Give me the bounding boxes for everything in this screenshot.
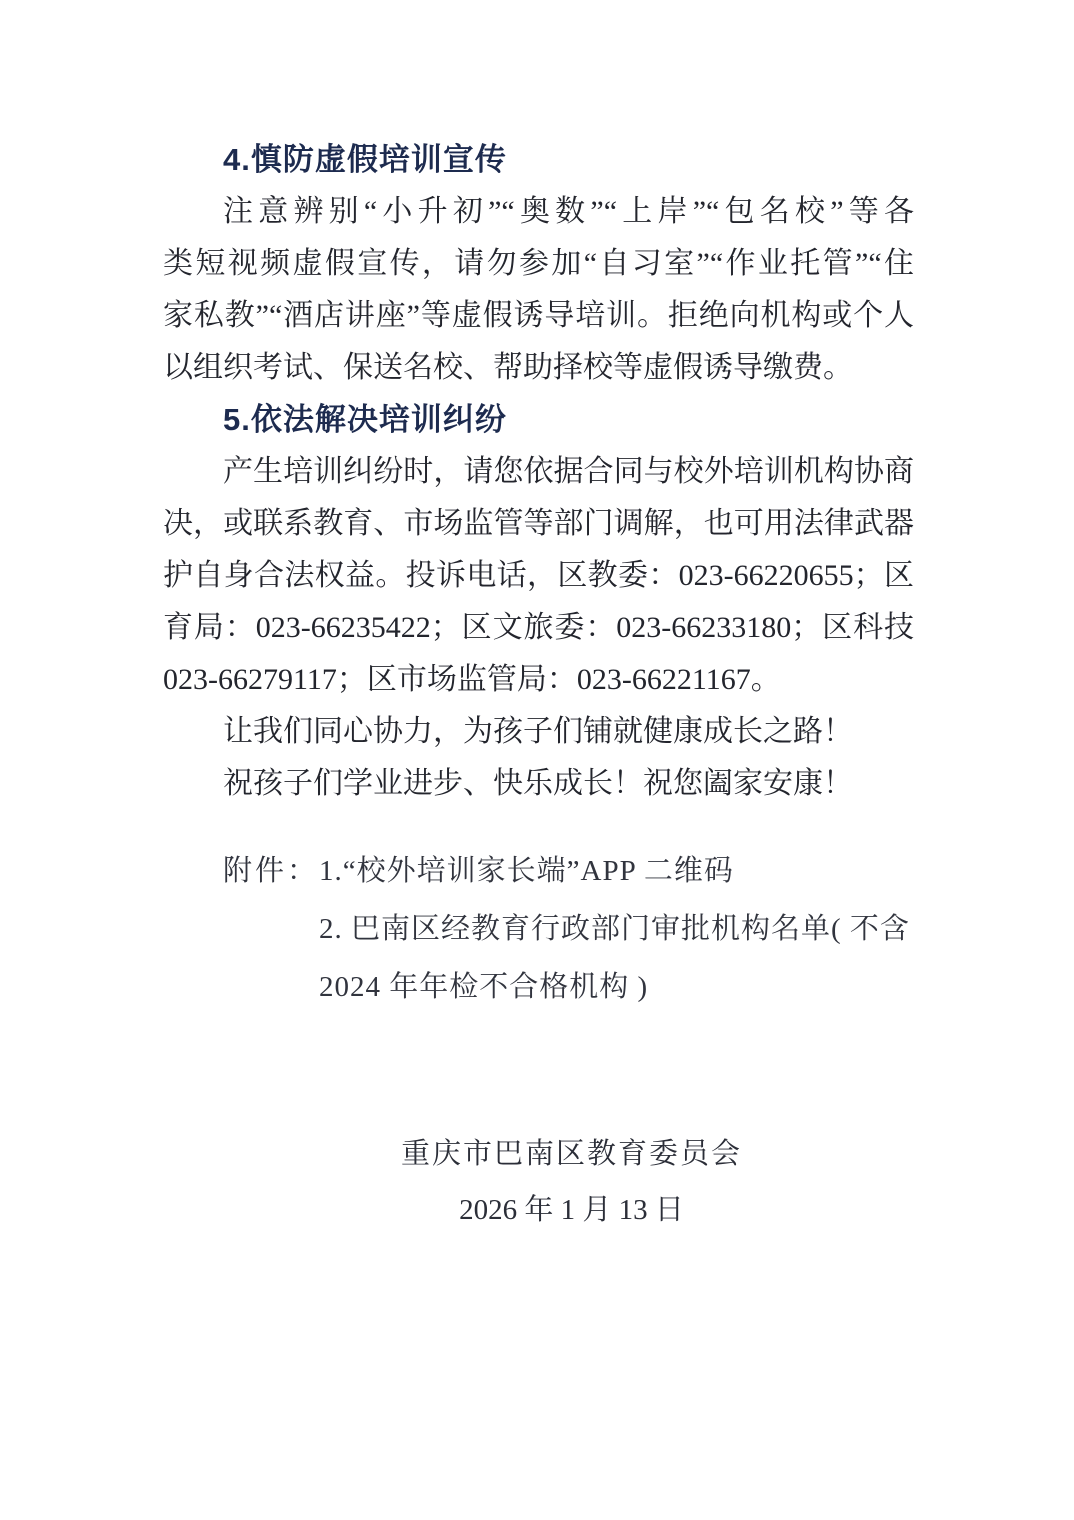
attachment-item-1: 1.“校外培训家长端”APP 二维码 <box>319 842 914 900</box>
closing-line-1: 让我们同心协力，为孩子们铺就健康成长之路！ <box>163 706 914 758</box>
section-5-line-4: 育局：023-66235422；区文旅委：023-66233180；区科技局： <box>163 602 914 654</box>
signature-organization: 重庆市巴南区教育委员会 <box>401 1126 742 1182</box>
section-5-line-2: 决，或联系教育、市场监管等部门调解，也可用法律武器维 <box>163 498 914 550</box>
section-4-line-3: 家私教”“酒店讲座”等虚假诱导培训。拒绝向机构或个人 <box>163 290 914 342</box>
signature-block: 重庆市巴南区教育委员会 2026 年 1 月 13 日 <box>401 1126 742 1238</box>
section-5-line-3: 护自身合法权益。投诉电话，区教委：023-66220655；区体 <box>163 550 914 602</box>
section-4-heading: 4.慎防虚假培训宣传 <box>163 134 914 186</box>
document-page: 4.慎防虚假培训宣传 注意辨别“小升初”“奥数”“上岸”“包名校”等各 类短视频… <box>0 0 1074 1520</box>
section-5-line-5: 023-66279117；区市场监管局：023-66221167。 <box>163 654 914 706</box>
section-4-line-1: 注意辨别“小升初”“奥数”“上岸”“包名校”等各 <box>163 186 914 238</box>
closing-line-2: 祝孩子们学业进步、快乐成长！祝您阖家安康！ <box>163 758 914 810</box>
attachment-items: 1.“校外培训家长端”APP 二维码 2. 巴南区经教育行政部门审批机构名单( … <box>319 842 914 1016</box>
section-5-line-1: 产生培训纠纷时，请您依据合同与校外培训机构协商解 <box>163 446 914 498</box>
attachment-item-2-line-2: 2024 年年检不合格机构 ) <box>319 958 914 1016</box>
document-content: 4.慎防虚假培训宣传 注意辨别“小升初”“奥数”“上岸”“包名校”等各 类短视频… <box>0 0 1074 1238</box>
attachment-label: 附件： <box>223 842 319 900</box>
attachment-block: 附件： 1.“校外培训家长端”APP 二维码 2. 巴南区经教育行政部门审批机构… <box>223 842 914 1016</box>
section-4-line-4: 以组织考试、保送名校、帮助择校等虚假诱导缴费。 <box>163 342 914 394</box>
section-5-heading: 5.依法解决培训纠纷 <box>163 394 914 446</box>
signature-date: 2026 年 1 月 13 日 <box>401 1182 742 1238</box>
attachment-item-2-line-1: 2. 巴南区经教育行政部门审批机构名单( 不含 <box>319 900 914 958</box>
section-4-line-2: 类短视频虚假宣传，请勿参加“自习室”“作业托管”“住 <box>163 238 914 290</box>
